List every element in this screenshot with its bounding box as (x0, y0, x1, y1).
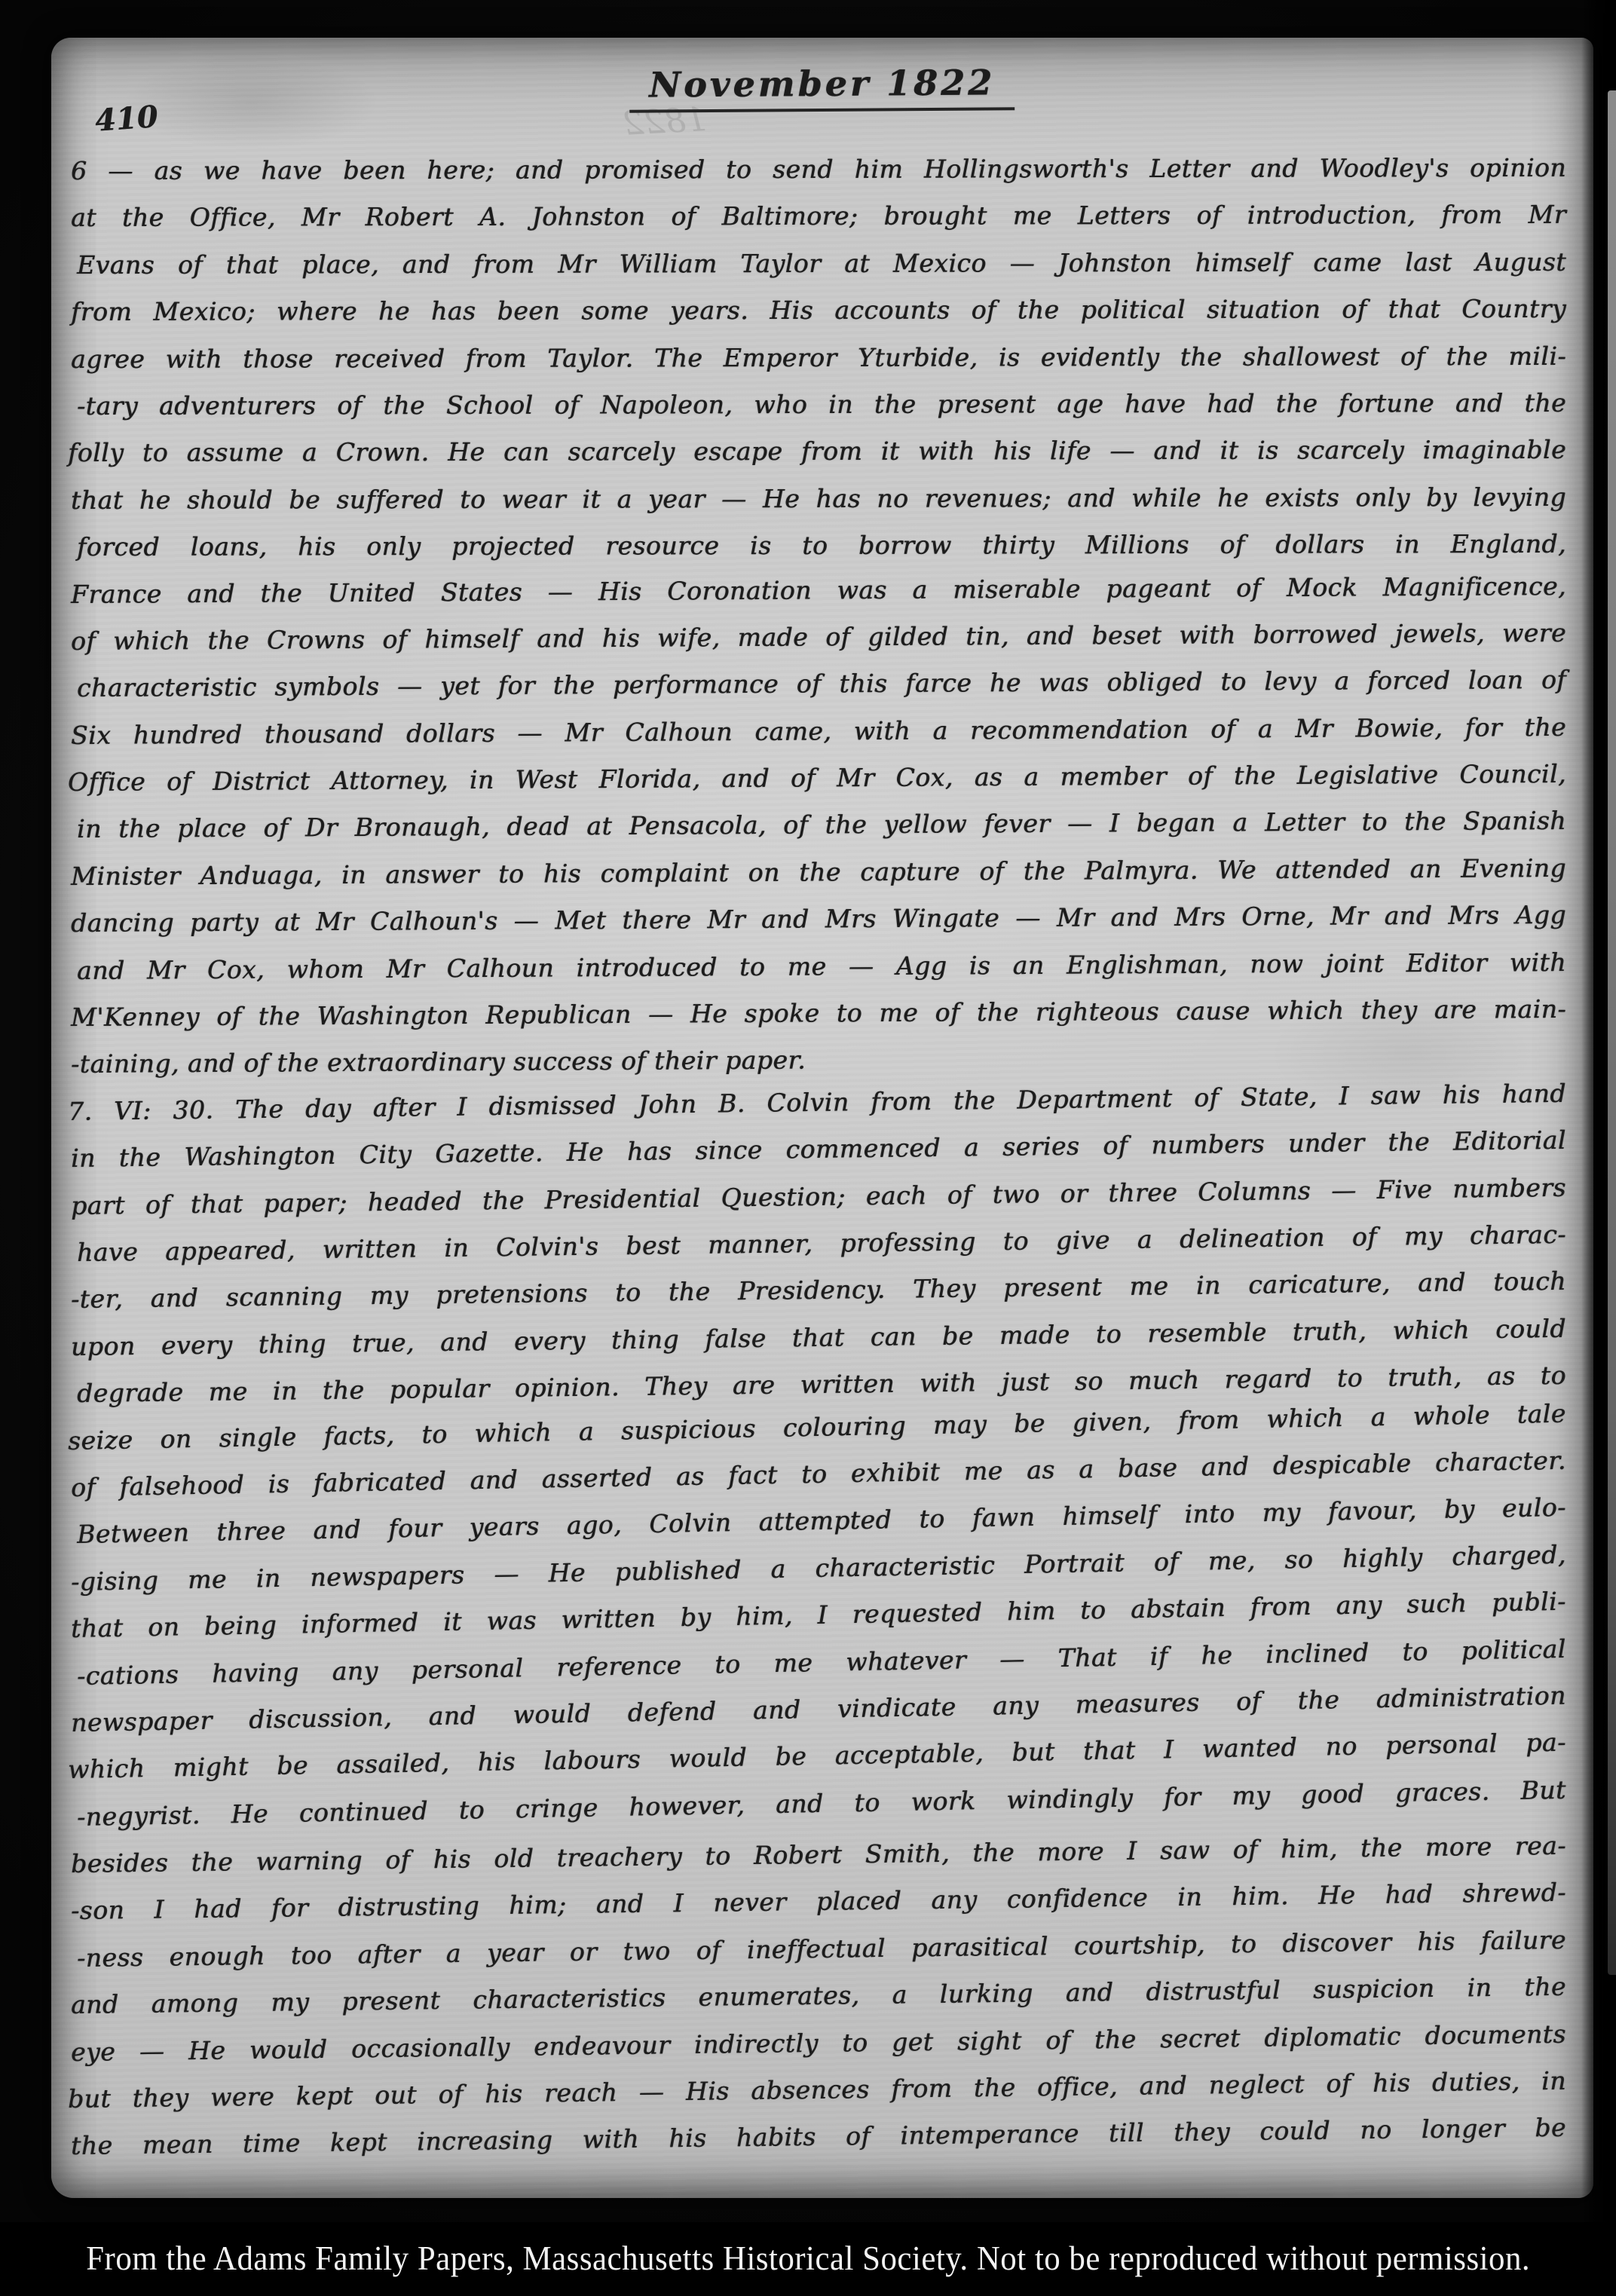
manuscript-line: dancing party at Mr Calhoun's — Met ther… (71, 892, 1566, 947)
manuscript-line: from Mexico; where he has been some year… (71, 286, 1566, 336)
manuscript-line: in the place of Dr Bronaugh, dead at Pen… (77, 797, 1566, 853)
manuscript-line: forced loans, his only projected resourc… (77, 521, 1566, 571)
manuscript-line: Six hundred thousand dollars — Mr Calhou… (71, 704, 1566, 759)
manuscript-line: France and the United States — His Coron… (71, 562, 1566, 617)
manuscript-line: Minister Anduaga, in answer to his compl… (71, 845, 1566, 900)
manuscript-line: Evans of that place, and from Mr William… (77, 239, 1566, 289)
manuscript-line: Office of District Attorney, in West Flo… (68, 751, 1566, 806)
diary-text: 6 — as we have been here; and promised t… (71, 148, 1566, 2170)
manuscript-line: of which the Crowns of himself and his w… (71, 610, 1566, 665)
scanned-page-background: 410 1822 November 1822 6 — as we have be… (0, 0, 1616, 2296)
manuscript-line: at the Office, Mr Robert A. Johnston of … (71, 191, 1566, 242)
manuscript-line: 6 — as we have been here; and promised t… (71, 145, 1566, 195)
adjacent-page-edge (1608, 90, 1616, 1975)
manuscript-line: and Mr Cox, whom Mr Calhoun introduced t… (77, 939, 1566, 994)
manuscript-page: 410 1822 November 1822 6 — as we have be… (51, 38, 1593, 2198)
manuscript-line: -tary adventurers of the School of Napol… (77, 380, 1566, 430)
date-header: November 1822 (629, 62, 1015, 113)
manuscript-line: M'Kenney of the Washington Republican — … (71, 986, 1566, 1041)
caption-bar: From the Adams Family Papers, Massachuse… (0, 2222, 1616, 2296)
manuscript-line: characteristic symbols — yet for the per… (77, 657, 1566, 712)
header-row: 1822 November 1822 (51, 63, 1593, 131)
manuscript-line: folly to assume a Crown. He can scarcely… (68, 427, 1566, 477)
manuscript-line: agree with those received from Taylor. T… (71, 332, 1566, 383)
bottom-caption: From the Adams Family Papers, Massachuse… (86, 2239, 1530, 2279)
manuscript-line: that he should be suffered to wear it a … (71, 474, 1566, 525)
